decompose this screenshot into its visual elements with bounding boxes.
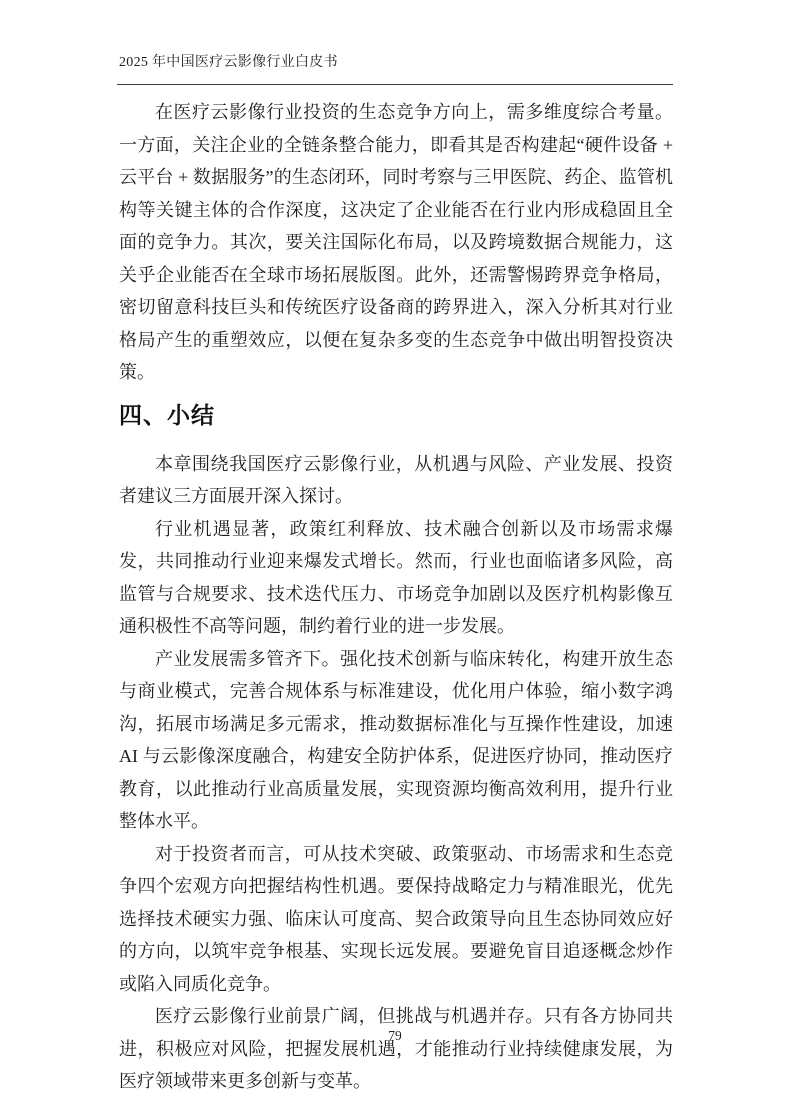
header-divider [117, 84, 673, 85]
paragraph-investment-ecosystem: 在医疗云影像行业投资的生态竞争方向上，需多维度综合考量。一方面，关注企业的全链条… [119, 96, 673, 389]
paragraph-industry-development: 产业发展需多管齐下。强化技术创新与临床转化，构建开放生态与商业模式，完善合规体系… [119, 643, 673, 838]
document-page: 2025 年中国医疗云影像行业白皮书 在医疗云影像行业投资的生态竞争方向上，需多… [0, 0, 790, 1117]
header-title: 2025 年中国医疗云影像行业白皮书 [119, 55, 338, 70]
page-content: 在医疗云影像行业投资的生态竞争方向上，需多维度综合考量。一方面，关注企业的全链条… [119, 96, 673, 1098]
section-heading: 四、小结 [119, 401, 673, 431]
page-number: 79 [388, 1028, 402, 1043]
page-header: 2025 年中国医疗云影像行业白皮书 [119, 54, 673, 72]
paragraph-outlook: 医疗云影像行业前景广阔，但挑战与机遇并存。只有各方协同共进，积极应对风险，把握发… [119, 1000, 673, 1098]
page-footer: 79 [0, 1028, 790, 1044]
paragraph-investor-advice: 对于投资者而言，可从技术突破、政策驱动、市场需求和生态竞争四个宏观方向把握结构性… [119, 838, 673, 1001]
paragraph-opportunities-risks: 行业机遇显著，政策红利释放、技术融合创新以及市场需求爆发，共同推动行业迎来爆发式… [119, 513, 673, 643]
paragraph-chapter-scope: 本章围绕我国医疗云影像行业，从机遇与风险、产业发展、投资者建议三方面展开深入探讨… [119, 448, 673, 513]
